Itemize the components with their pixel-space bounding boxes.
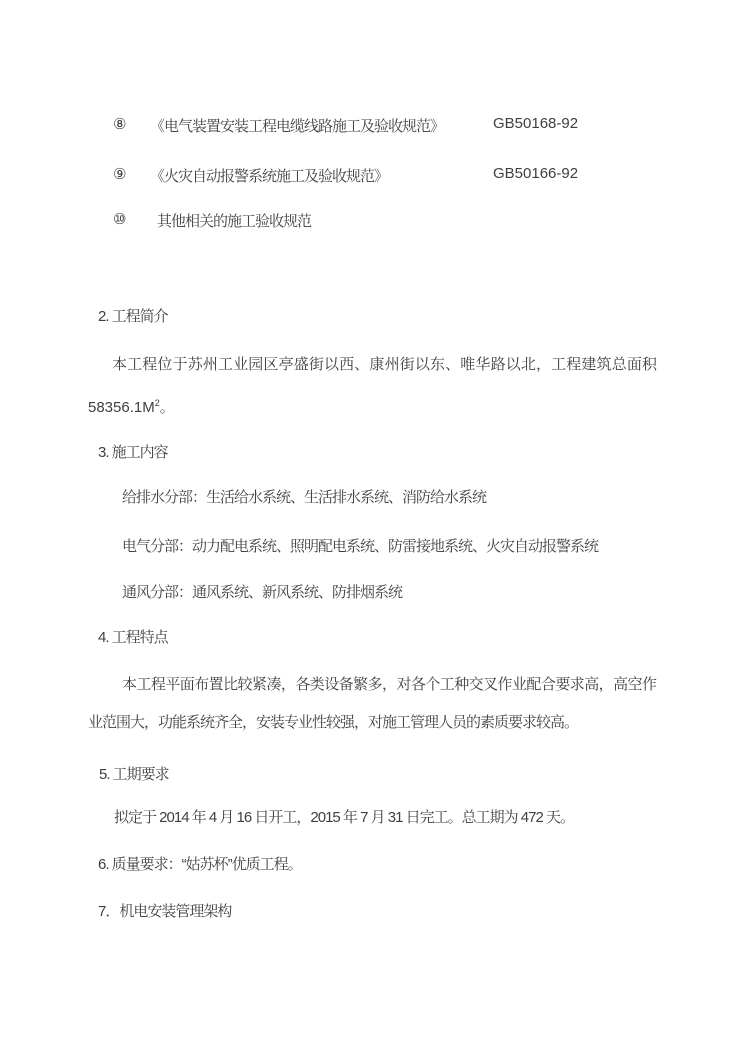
reference-title: 其他相关的施工验收规范	[157, 210, 311, 231]
section-2-heading: 2. 工程简介	[98, 307, 168, 327]
section-4-heading: 4. 工程特点	[98, 628, 168, 648]
reference-item: ⑩ 其他相关的施工验收规范	[0, 210, 744, 230]
reference-number: ⑨	[113, 165, 126, 183]
section-2-paragraph-line-2: 58356.1M2。	[88, 393, 174, 418]
reference-item: ⑧ 《电气装置安装工程电缆线路施工及验收规范》 GB50168-92	[0, 115, 744, 135]
reference-title: 《火灾自动报警系统施工及验收规范》	[150, 165, 388, 186]
reference-title: 《电气装置安装工程电缆线路施工及验收规范》	[150, 115, 444, 136]
document-page: ⑧ 《电气装置安装工程电缆线路施工及验收规范》 GB50168-92 ⑨ 《火灾…	[0, 0, 744, 1052]
reference-code: GB50166-92	[493, 165, 578, 182]
section-3-item-electrical: 电气分部：动力配电系统、照明配电系统、防雷接地系统、火灾自动报警系统	[122, 537, 598, 557]
building-area-period: 。	[160, 399, 174, 416]
section-5-paragraph: 拟定于 2014 年 4 月 16 日开工，2015 年 7 月 31 日完工。…	[114, 808, 574, 828]
reference-item: ⑨ 《火灾自动报警系统施工及验收规范》 GB50166-92	[0, 165, 744, 185]
section-3-item-plumbing: 给排水分部：生活给水系统、生活排水系统、消防给水系统	[122, 488, 486, 508]
section-6-heading: 6. 质量要求：“姑苏杯”优质工程。	[98, 855, 302, 875]
reference-number: ⑩	[113, 210, 126, 228]
section-4-paragraph-line-2: 业范围大，功能系统齐全，安装专业性较强，对施工管理人员的素质要求较高。	[88, 713, 578, 733]
section-5-heading: 5. 工期要求	[99, 765, 169, 785]
section-7-heading: 7．机电安装管理架构	[98, 902, 231, 922]
section-2-paragraph-line-1: 本工程位于苏州工业园区亭盛街以西、康州街以东、唯华路以北，工程建筑总面积	[88, 355, 656, 375]
section-3-heading: 3. 施工内容	[98, 443, 168, 463]
building-area-value: 58356.1M	[88, 399, 155, 416]
section-3-item-ventilation: 通风分部：通风系统、新风系统、防排烟系统	[122, 583, 402, 603]
reference-number: ⑧	[113, 115, 126, 133]
section-4-paragraph-line-1: 本工程平面布置比较紧凑，各类设备繁多，对各个工种交叉作业配合要求高，高空作	[88, 675, 656, 695]
reference-code: GB50168-92	[493, 115, 578, 132]
